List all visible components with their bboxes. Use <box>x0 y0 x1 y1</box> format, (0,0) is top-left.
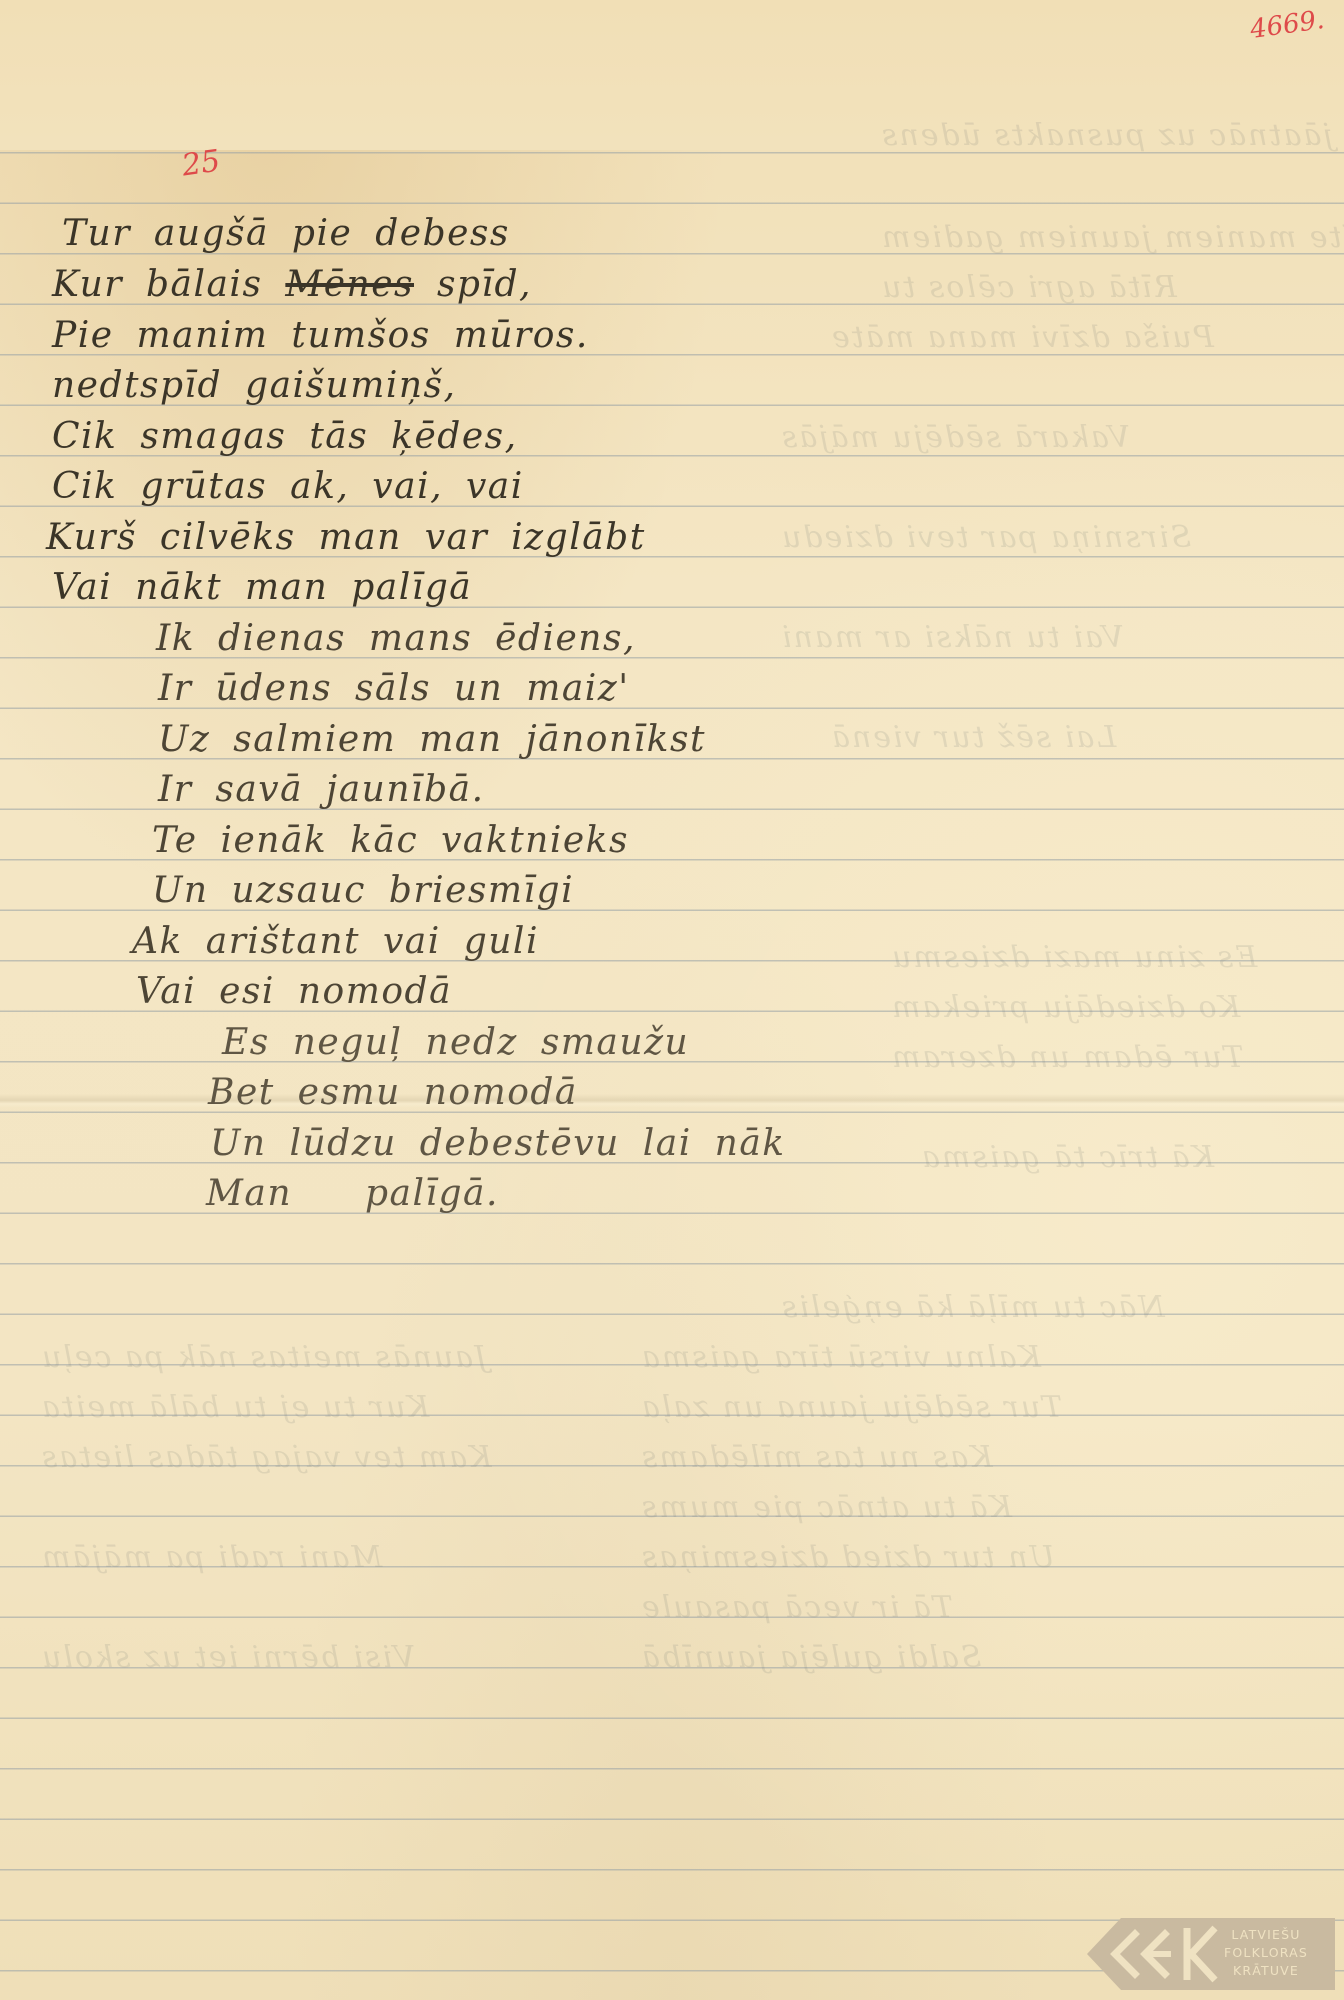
poem-line: Pie manim tumšos mūros. <box>52 318 589 354</box>
poem-line: Es neguļ nedz smaužu <box>222 1025 689 1061</box>
poem-line: Vai esi nomodā <box>136 974 452 1010</box>
item-number: 25 <box>180 144 223 184</box>
poem-line: Bet esmu nomodā <box>208 1075 578 1111</box>
poem-line: Vai nākt man palīgā <box>52 570 472 606</box>
struck-word: Mēnes <box>285 264 414 305</box>
poem-line: Ak arištant vai guli <box>132 924 539 960</box>
manuscript-page: Tēv jāatnāc uz pusnakts ūdens Saulīte ma… <box>0 0 1344 2000</box>
logo-line-1: LATVIEŠU <box>1211 1926 1321 1944</box>
poem-line: Un uzsauc briesmīgi <box>152 873 574 909</box>
paper-fold-crease <box>0 1094 1344 1108</box>
poem-line: Kurš cilvēks man var izglābt <box>46 520 646 556</box>
poem-line: Te ienāk kāc vaktnieks <box>152 823 629 859</box>
poem-line: Uz salmiem man jānonīkst <box>158 722 706 758</box>
logo-line-3: KRĀTUVE <box>1211 1962 1321 1980</box>
poem-line: Kur bālais Mēnes spīd, <box>52 267 532 303</box>
poem-line: Tur augšā pie debess <box>62 216 510 252</box>
poem-line-text: Kur bālais <box>52 264 285 305</box>
poem-line: nedtspīd gaišumiņš, <box>52 368 456 404</box>
poem-line: Cik grūtas ak, vai, vai <box>52 469 524 505</box>
poem-line: Cik smagas tās ķēdes, <box>52 419 518 455</box>
poem-line: Ir ūdens sāls un maiz' <box>158 671 630 707</box>
poem-line-text: spīd, <box>414 264 532 305</box>
poem-line: Ir savā jaunībā. <box>158 772 485 808</box>
poem-line: Un lūdzu debestēvu lai nāk <box>210 1126 786 1162</box>
poem-line: Man palīgā. <box>206 1176 499 1212</box>
logo-wordmark: LATVIEŠU FOLKLORAS KRĀTUVE <box>1211 1926 1321 1980</box>
poem-line: Ik dienas mans ēdiens, <box>156 621 636 657</box>
logo-line-2: FOLKLORAS <box>1211 1944 1321 1962</box>
latviesu-folkloras-kratuve-logo: LATVIEŠU FOLKLORAS KRĀTUVE <box>1087 1918 1335 1990</box>
